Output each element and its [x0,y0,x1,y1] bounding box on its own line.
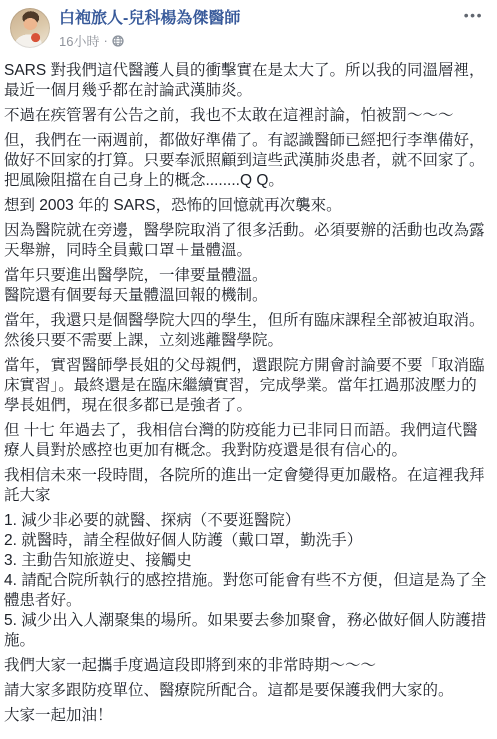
post-paragraph: 但 十七 年過去了，我相信台灣的防疫能力已非同日而語。我們這代醫療人員對於感控也… [4,421,492,461]
post-paragraph: 我們大家一起攜手度過這段即將到來的非常時期～～～ [4,656,492,676]
globe-icon [112,35,124,47]
post-paragraph: 當年，實習醫師學長姐的父母親們，還跟院方開會討論要不要「取消臨床實習」。最終還是… [4,356,492,416]
author-link[interactable]: 白袍旅人-兒科楊為傑醫師 [59,9,240,29]
post-meta: 16小時 · [59,31,240,50]
post-paragraph: 但，我們在一兩週前，都做好準備了。有認識醫師已經把行李準備好，做好不回家的打算。… [4,131,492,191]
post-body: SARS 對我們這代醫護人員的衝擊實在是太大了。所以我的同溫層裡，最近一個月幾乎… [0,54,497,726]
post-paragraph: 想到 2003 年的 SARS，恐怖的回憶就再次襲來。 [4,196,492,216]
avatar[interactable] [10,8,50,48]
ellipsis-icon: ••• [464,7,483,23]
meta-separator: · [103,33,107,48]
facebook-post: 白袍旅人-兒科楊為傑醫師 16小時 · ••• SARS 對我們這代醫護人員的衝… [0,0,497,739]
post-paragraph: 1. 減少非必要的就醫、探病（不要逛醫院） 2. 就醫時，請全程做好個人防護（戴… [4,511,492,651]
post-paragraph: 當年只要進出醫學院，一律要量體溫。 醫院還有個要每天量體溫回報的機制。 [4,266,492,306]
more-options-button[interactable]: ••• [464,8,483,22]
post-paragraph: SARS 對我們這代醫護人員的衝擊實在是太大了。所以我的同溫層裡，最近一個月幾乎… [4,61,492,101]
post-paragraph: 因為醫院就在旁邊，醫學院取消了很多活動。必須要辦的活動也改為露天舉辦，同時全員戴… [4,221,492,261]
post-paragraph: 我相信未來一段時間，各院所的進出一定會變得更加嚴格。在這裡我拜託大家 [4,466,492,506]
timestamp[interactable]: 16小時 [59,31,99,50]
post-paragraph: 請大家多跟防疫單位、醫療院所配合。這都是要保護我們大家的。 [4,681,492,701]
post-paragraph: 不過在疾管署有公告之前，我也不太敢在這裡討論，怕被罰～～～ [4,106,492,126]
post-header: 白袍旅人-兒科楊為傑醫師 16小時 · [0,0,497,54]
post-paragraph: 當年，我還只是個醫學院大四的學生，但所有臨床課程全部被迫取消。然後只要不需要上課… [4,311,492,351]
header-info: 白袍旅人-兒科楊為傑醫師 16小時 · [59,8,240,50]
post-paragraph: 大家一起加油！ [4,706,492,726]
